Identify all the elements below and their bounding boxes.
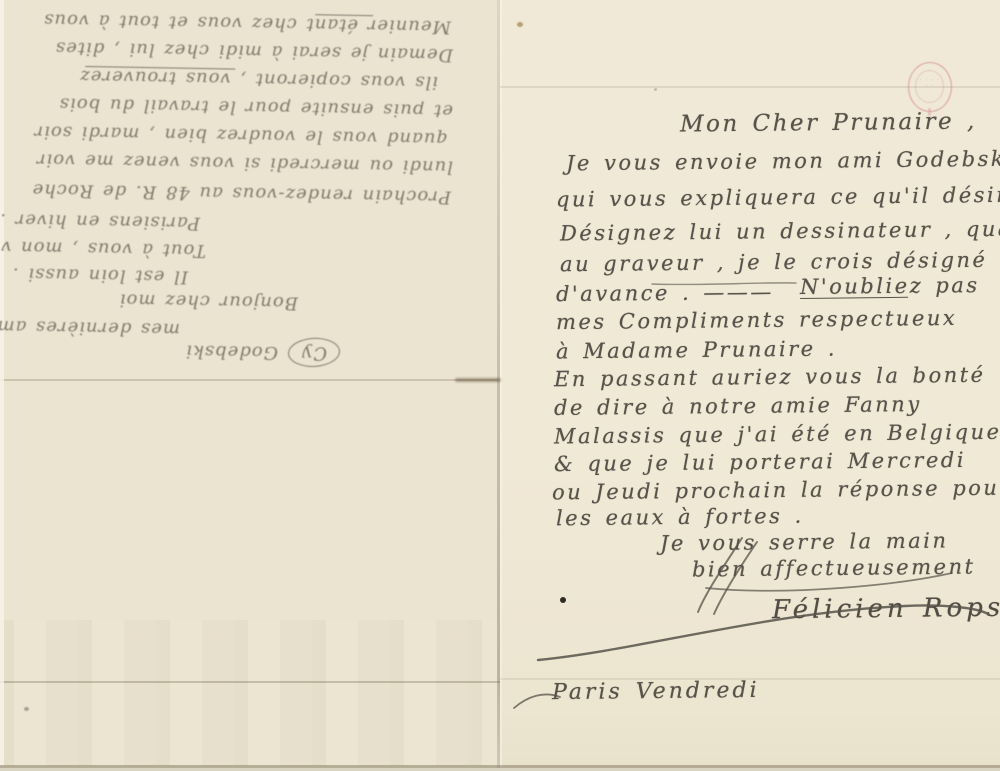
- postscript-surname: Godebski: [185, 341, 278, 364]
- dateline: Paris Vendredi: [552, 678, 760, 705]
- paper-speck: [24, 707, 29, 711]
- salutation: Mon Cher Prunaire ,: [680, 108, 977, 137]
- letter-line: d'avance . ———: [556, 280, 774, 306]
- inverted-line: Il est loin aussi .: [12, 263, 188, 287]
- closing-line: Je vous serre la main: [660, 528, 949, 555]
- letter-line: de dire à notre amie Fanny: [554, 392, 922, 420]
- crease-junction-smudge: [455, 378, 501, 382]
- ink-dot: [560, 597, 566, 603]
- letter-line: & que je lui porterai Mercredi: [554, 448, 966, 476]
- letter-line: qui vous expliquera ce qu'il désire .: [556, 182, 1000, 211]
- postscript-name-line: CyGodebski: [185, 336, 340, 368]
- inverted-postscript-block: Meunier étant chez vous et tout à vous D…: [6, 4, 468, 364]
- closing-line: bien affectueusement: [692, 555, 976, 582]
- letter-line: au graveur , je le crois désigné: [560, 248, 988, 276]
- inverted-line: mes dernières amitiés ,: [0, 315, 180, 340]
- letter-line: les eaux à fortes .: [556, 504, 804, 531]
- inverted-line: Prochain rendez-vous au 48 R. de Roche: [31, 179, 451, 207]
- letter-line: Désignez lui un dessinateur , quant: [560, 216, 1000, 245]
- letter-scan: · · · · · · Mon Cher Prunaire , Je vous …: [0, 0, 1000, 771]
- foxing-spot: [517, 22, 523, 27]
- circled-initials: Cy: [287, 337, 340, 369]
- paper-undulation-shading: [0, 620, 498, 766]
- letter-line: Je vous envoie mon ami Godebski: [566, 147, 1000, 176]
- letter-line: Malassis que j'ai été en Belgique ,: [554, 420, 1000, 449]
- collection-stamp: · · · · · ·: [908, 62, 954, 114]
- scan-edge-left: [0, 0, 4, 766]
- inverted-line: Parisiens en hiver .: [0, 209, 200, 234]
- letter-line: mes Compliments respectueux: [556, 306, 957, 334]
- inverted-line: et puis ensuite pour le travail du bois: [59, 94, 453, 122]
- fold-highlight: [500, 0, 502, 771]
- letter-line: à Madame Prunaire .: [556, 337, 837, 364]
- inverted-line: lundi ou mercredi si vous venez me voir: [36, 149, 453, 177]
- stamp-text: · · · · · ·: [917, 78, 943, 90]
- inverted-line: quand vous le voudrez bien , mardi soir: [33, 121, 448, 149]
- horizontal-crease-left: [0, 379, 498, 381]
- inverted-line: Demain je serai à midi chez lui , dites: [55, 38, 453, 66]
- inverted-line: ils vous copieront , vous trouverez: [79, 66, 438, 93]
- inverted-line: Meunier étant chez vous et tout à vous: [43, 9, 451, 37]
- paper-speck-small: [654, 88, 657, 91]
- inverted-line: Bonjour chez moi: [119, 289, 299, 313]
- letter-line: ou Jeudi prochain la réponse pour: [552, 476, 1000, 505]
- inverted-line: Tout à vous , mon vieux: [0, 236, 206, 261]
- letter-line-underlined: N'oubliez pas: [800, 273, 980, 299]
- signature: Félicien Rops: [772, 593, 1000, 625]
- letter-line: En passant auriez vous la bonté: [554, 363, 986, 392]
